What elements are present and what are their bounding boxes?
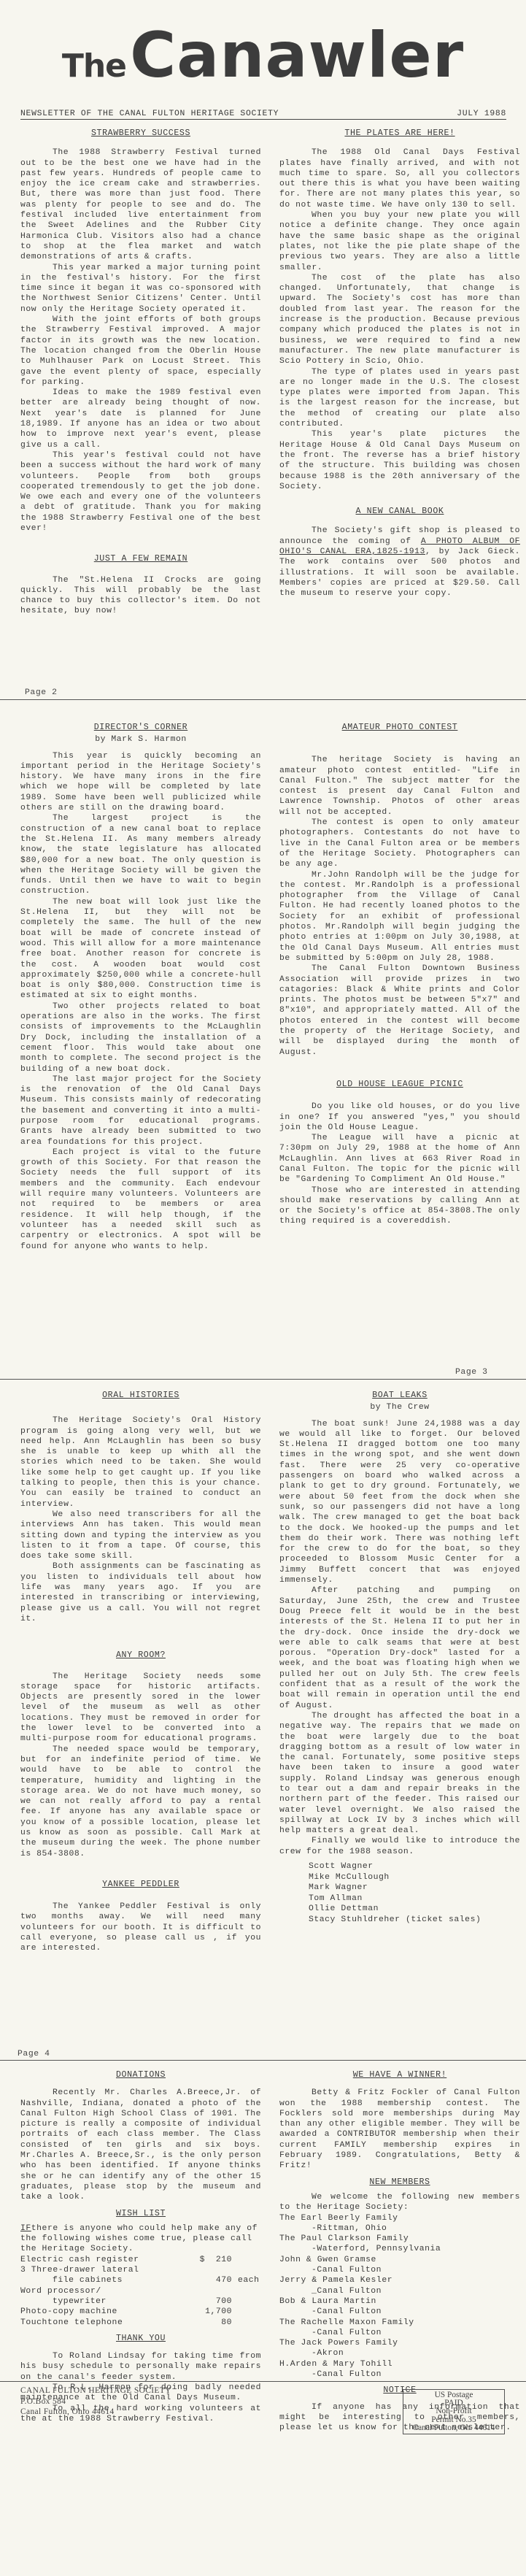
mailer-divider <box>0 2381 526 2382</box>
paragraph: Finally we would like to introduce the c… <box>279 1836 520 1857</box>
page-divider <box>0 2060 526 2061</box>
paragraph: The cost of the plate has also changed. … <box>279 273 520 367</box>
wish-price: $ 210 <box>188 2255 232 2265</box>
article-body: Recently Mr. Charles A.Breece,Jr. of Nas… <box>20 2088 261 2202</box>
wish-extra: each <box>232 2275 260 2285</box>
wish-list-row: Photo-copy machine1,700 <box>20 2307 261 2317</box>
paragraph: This year's festival could not have been… <box>20 450 261 534</box>
article-donations: DONATIONS Recently Mr. Charles A.Breece,… <box>20 2070 261 2424</box>
paragraph: The last major project for the Society i… <box>20 1074 261 1147</box>
wish-list-row: 3 Three-drawer lateral <box>20 2265 261 2275</box>
paragraph: Recently Mr. Charles A.Breece,Jr. of Nas… <box>20 2088 261 2202</box>
wish-extra <box>232 2296 238 2307</box>
article-winner: WE HAVE A WINNER! Betty & Fritz Fockler … <box>279 2070 520 2434</box>
wish-list-row: file cabinets470each <box>20 2275 261 2285</box>
article-boat-leaks: BOAT LEAKS by The Crew The boat sunk! Ju… <box>279 1391 520 1925</box>
paragraph: The boat sunk! June 24,1988 was a day we… <box>279 1419 520 1586</box>
newsletter-subtitle: NEWSLETTER OF THE CANAL FULTON HERITAGE … <box>20 109 279 118</box>
paragraph: Two other projects related to boat opera… <box>20 1001 261 1074</box>
heading: AMATEUR PHOTO CONTEST <box>279 723 520 733</box>
page-number: Page 4 <box>18 2050 50 2058</box>
paragraph: The 1988 Strawberry Festival turned out … <box>20 147 261 262</box>
member-entry: Jerry & Pamela Kesler_Canal Fulton <box>279 2275 520 2296</box>
member-name: The Earl Beerly Family <box>279 2213 520 2223</box>
paragraph: Do you like old houses, or do you live i… <box>279 1101 520 1133</box>
paragraph: With the joint efforts of both groups th… <box>20 315 261 388</box>
article-directors-corner: DIRECTOR'S CORNER by Mark S. Harmon This… <box>20 723 261 1252</box>
list-line: Scott Wagner <box>309 1861 520 1872</box>
wish-list-row: typewriter700 <box>20 2296 261 2307</box>
wish-price <box>188 2286 232 2296</box>
article-body: Do you like old houses, or do you live i… <box>279 1101 520 1227</box>
article-plates: THE PLATES ARE HERE! The 1988 Old Canal … <box>279 128 520 599</box>
member-entry: The Rachelle Maxon Family-Canal Fulton <box>279 2318 520 2339</box>
paragraph: The largest project is the construction … <box>20 813 261 896</box>
article-body: The 1988 Strawberry Festival turned out … <box>20 147 261 534</box>
heading: THE PLATES ARE HERE! <box>279 128 520 139</box>
issue-date: JULY 1988 <box>457 109 506 118</box>
page-number: Page 2 <box>25 688 58 697</box>
page-divider <box>0 699 526 700</box>
article-photo-contest: AMATEUR PHOTO CONTEST The heritage Socie… <box>279 723 520 1227</box>
list-line: Ollie Dettman <box>309 1904 520 1915</box>
masthead-subtitle-bar: NEWSLETTER OF THE CANAL FULTON HERITAGE … <box>20 109 506 120</box>
member-entry: John & Gwen Gramse-Canal Fulton <box>279 2255 520 2276</box>
paragraph: The Canal Fulton Downtown Business Assoc… <box>279 964 520 1058</box>
article-body: The boat sunk! June 24,1988 was a day we… <box>279 1419 520 1857</box>
member-location: -Akron <box>279 2348 520 2358</box>
member-name: The Jack Powers Family <box>279 2338 520 2348</box>
paragraph: The needed space would be temporary, but… <box>20 1745 261 1859</box>
member-entry: The Jack Powers Family-Akron <box>279 2338 520 2359</box>
member-name: Jerry & Pamela Kesler <box>279 2275 520 2285</box>
list-line: Non-Profit <box>403 2407 504 2415</box>
member-name: John & Gwen Gramse <box>279 2255 520 2265</box>
article-body: The Society's gift shop is pleased to an… <box>279 526 520 599</box>
list-line: Tom Allman <box>309 1893 520 1904</box>
article-oral-histories: ORAL HISTORIES The Heritage Society's Or… <box>20 1391 261 1954</box>
wish-price: 1,700 <box>188 2307 232 2317</box>
article-body: The Heritage Society's Oral History prog… <box>20 1415 261 1624</box>
paragraph: The drought has affected the boat in a n… <box>279 1711 520 1837</box>
article-body: The "St.Helena II Crocks are going quick… <box>20 575 261 617</box>
member-entry: The Earl Beerly Family-Rittman, Ohio <box>279 2213 520 2234</box>
list-line: Canal Fulton, Ohio 44614 <box>20 2407 171 2418</box>
paragraph: The 1988 Old Canal Days Festival plates … <box>279 147 520 210</box>
article-body: The Yankee Peddler Festival is only two … <box>20 1902 261 1953</box>
heading: DIRECTOR'S CORNER <box>20 723 261 733</box>
member-location: _Canal Fulton <box>279 2286 520 2296</box>
wish-extra <box>232 2255 238 2265</box>
wish-extra <box>232 2265 238 2275</box>
member-location: -Canal Fulton <box>279 2328 520 2338</box>
list-line: Mike McCullough <box>309 1872 520 1883</box>
list-line: Stacy Stuhldreher (ticket sales) <box>309 1915 520 1926</box>
heading: ORAL HISTORIES <box>20 1391 261 1401</box>
member-location: -Canal Fulton <box>279 2369 520 2380</box>
wish-extra <box>232 2318 238 2328</box>
paragraph: The new boat will look just like the St.… <box>20 897 261 1001</box>
members-intro: We welcome the following new members to … <box>279 2192 520 2213</box>
member-name: H.Arden & Mary Tohill <box>279 2359 520 2369</box>
byline: by Mark S. Harmon <box>20 734 261 745</box>
wish-extra <box>232 2286 238 2296</box>
wish-price <box>188 2265 232 2275</box>
wish-price: 470 <box>188 2275 232 2285</box>
paragraph: The "St.Helena II Crocks are going quick… <box>20 575 261 617</box>
return-address: CANAL FULTON HERITAGE SOCIETYP.O.Box 584… <box>20 2385 171 2418</box>
article-strawberry-success: STRAWBERRY SUCCESS The 1988 Strawberry F… <box>20 128 261 617</box>
article-body: The Heritage Society needs some storage … <box>20 1672 261 1859</box>
member-name: Bob & Laura Martin <box>279 2296 520 2307</box>
member-entry: Bob & Laura Martin-Canal Fulton <box>279 2296 520 2318</box>
wish-item: Touchtone telephone <box>20 2318 188 2328</box>
wish-item: 3 Three-drawer lateral <box>20 2265 188 2275</box>
article-body: This year is quickly becoming an importa… <box>20 751 261 1252</box>
paragraph: We also need transcribers for all the in… <box>20 1510 261 1561</box>
list-line: CANAL FULTON HERITAGE SOCIETY <box>20 2385 171 2396</box>
crew-list: Scott WagnerMike McCulloughMark WagnerTo… <box>309 1861 520 1925</box>
paragraph: The League will have a picnic at 7:30pm … <box>279 1133 520 1185</box>
wish-list-intro: IFthere is anyone who could help make an… <box>20 2223 261 2255</box>
member-location: -Rittman, Ohio <box>279 2223 520 2234</box>
heading: BOAT LEAKS <box>279 1391 520 1401</box>
heading: OLD HOUSE LEAGUE PICNIC <box>279 1080 520 1090</box>
wish-item: Photo-copy machine <box>20 2307 188 2317</box>
paragraph: Mr.John Randolph will be the judge for t… <box>279 870 520 964</box>
paragraph: The type of plates used in years past ar… <box>279 367 520 430</box>
paragraph: Each project is vital to the future grow… <box>20 1147 261 1252</box>
member-name: The Rachelle Maxon Family <box>279 2318 520 2328</box>
masthead-the: The <box>62 47 126 85</box>
heading: DONATIONS <box>20 2070 261 2080</box>
heading: STRAWBERRY SUCCESS <box>20 128 261 139</box>
paragraph: Betty & Fritz Fockler of Canal Fulton wo… <box>279 2088 520 2171</box>
article-body: Betty & Fritz Fockler of Canal Fulton wo… <box>279 2088 520 2171</box>
member-location: -Canal Fulton <box>279 2307 520 2317</box>
paragraph: After patching and pumping on Saturday, … <box>279 1585 520 1711</box>
paragraph: To Roland Lindsay for taking time from h… <box>20 2351 261 2383</box>
wish-extra <box>232 2307 238 2317</box>
masthead-title: Canawler <box>130 19 464 92</box>
paragraph: This year marked a major turning point i… <box>20 263 261 315</box>
new-members-list: The Earl Beerly Family-Rittman, OhioThe … <box>279 2213 520 2380</box>
member-entry: The Paul Clarkson Family-Waterford, Penn… <box>279 2234 520 2255</box>
wish-price: 80 <box>188 2318 232 2328</box>
wish-list-row: Word processor/ <box>20 2286 261 2296</box>
wish-list-row: Touchtone telephone80 <box>20 2318 261 2328</box>
heading: YANKEE PEDDLER <box>20 1880 261 1890</box>
wish-list-items: Electric cash register$ 2103 Three-drawe… <box>20 2255 261 2328</box>
paragraph: This year is quickly becoming an importa… <box>20 751 261 814</box>
paragraph: Ideas to make the 1989 festival even bet… <box>20 388 261 450</box>
heading: NEW MEMBERS <box>279 2177 520 2188</box>
wish-item: typewriter <box>20 2296 188 2307</box>
paragraph: The Heritage Society needs some storage … <box>20 1672 261 1745</box>
heading: WE HAVE A WINNER! <box>279 2070 520 2080</box>
paragraph: This year's plate pictures the Heritage … <box>279 429 520 492</box>
member-location: -Waterford, Pennsylvania <box>279 2244 520 2254</box>
paragraph: The contest is open to only amateur phot… <box>279 818 520 869</box>
member-entry: H.Arden & Mary Tohill-Canal Fulton <box>279 2359 520 2380</box>
page-number: Page 3 <box>455 1368 488 1377</box>
paragraph: Those who are interested in attending sh… <box>279 1185 520 1227</box>
heading: THANK YOU <box>20 2334 261 2344</box>
paragraph: The heritage Society is having an amateu… <box>279 755 520 818</box>
paragraph: The Heritage Society's Oral History prog… <box>20 1415 261 1510</box>
wish-item: file cabinets <box>20 2275 188 2285</box>
article-body: The 1988 Old Canal Days Festival plates … <box>279 147 520 492</box>
heading: A NEW CANAL BOOK <box>279 507 520 517</box>
postage-indicia: US PostagePAIDNon-ProfitPermit No.35Cana… <box>403 2389 505 2434</box>
list-line: P.O.Box 584 <box>20 2396 171 2407</box>
heading: ANY ROOM? <box>20 1650 261 1661</box>
article-body: The heritage Society is having an amateu… <box>279 755 520 1058</box>
masthead: The Canawler <box>0 19 526 92</box>
wish-price: 700 <box>188 2296 232 2307</box>
member-location: -Canal Fulton <box>279 2265 520 2275</box>
heading: JUST A FEW REMAIN <box>20 554 261 564</box>
byline: by The Crew <box>279 1402 520 1412</box>
heading: WISH LIST <box>20 2209 261 2219</box>
page-divider <box>0 1379 526 1380</box>
wish-item: Electric cash register <box>20 2255 188 2265</box>
wish-item: Word processor/ <box>20 2286 188 2296</box>
paragraph: When you buy your new plate you will not… <box>279 210 520 273</box>
member-name: The Paul Clarkson Family <box>279 2234 520 2244</box>
list-line: Canal Fulton, Oh. 44614 <box>403 2424 504 2432</box>
wish-list-row: Electric cash register$ 210 <box>20 2255 261 2265</box>
paragraph: The Yankee Peddler Festival is only two … <box>20 1902 261 1953</box>
paragraph: Both assignments can be fascinating as y… <box>20 1561 261 1624</box>
list-line: Mark Wagner <box>309 1883 520 1893</box>
